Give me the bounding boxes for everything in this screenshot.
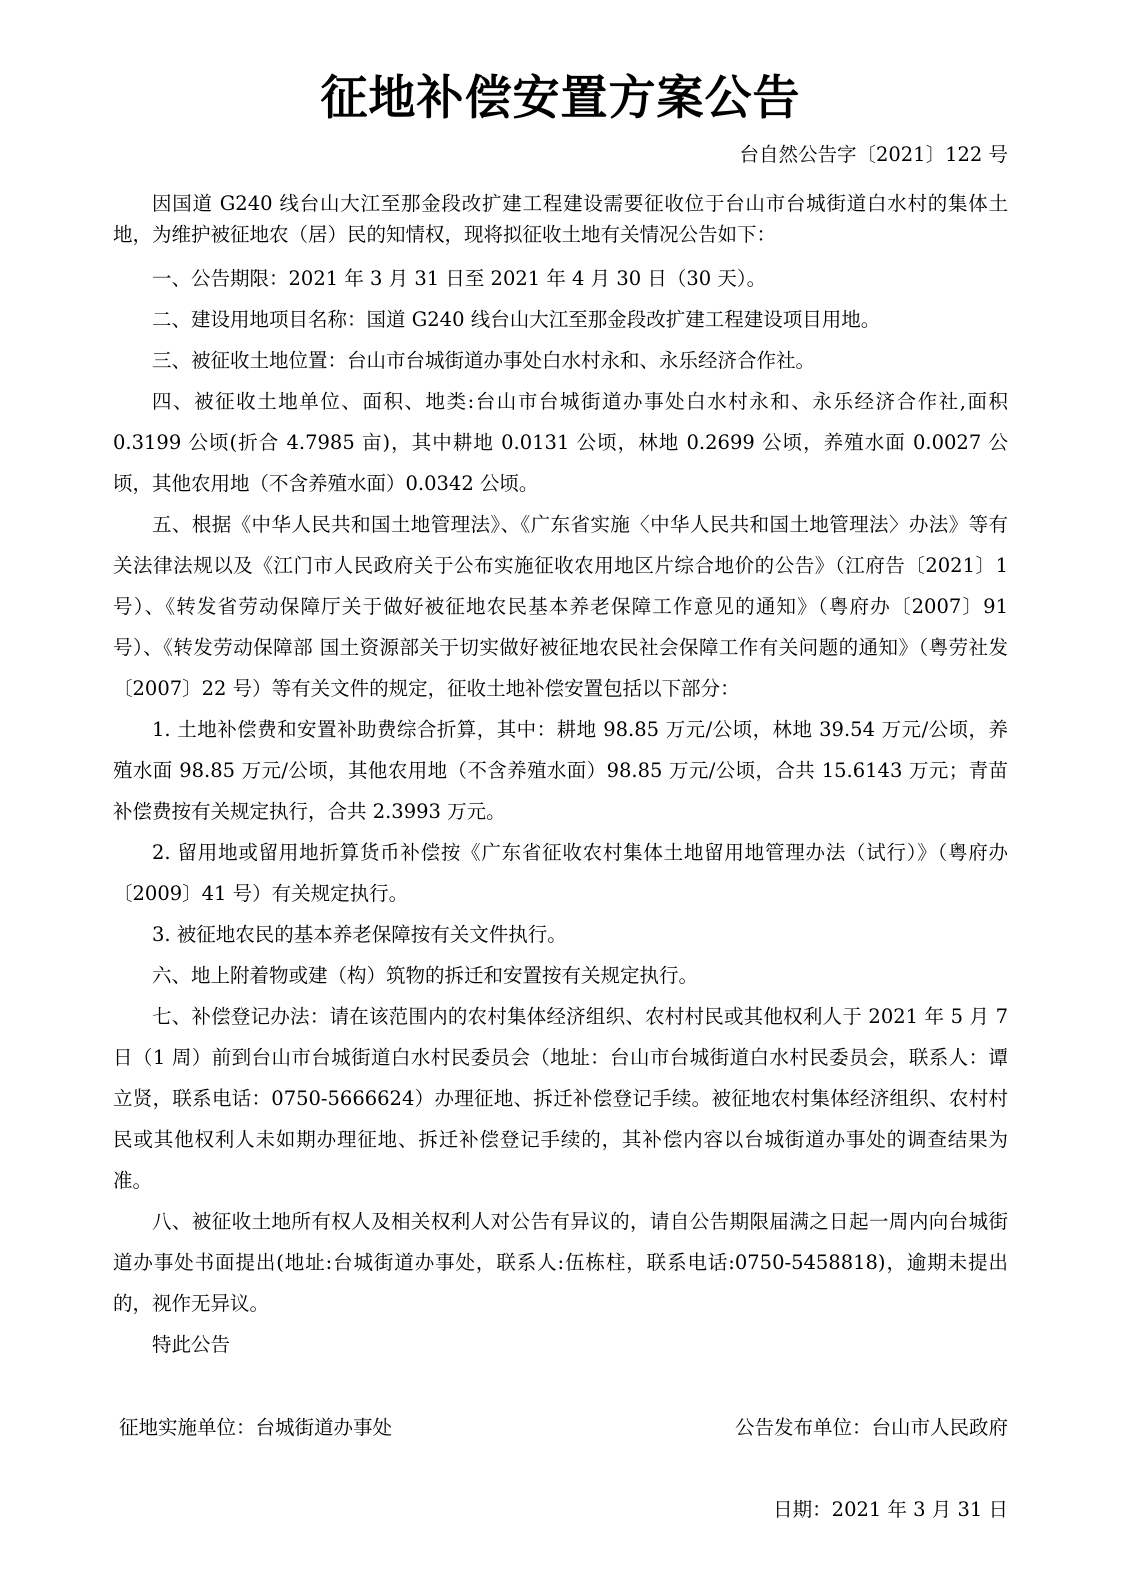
implementing-unit: 征地实施单位：台城街道办事处 xyxy=(113,1407,392,1448)
announcement-date: 日期：2021 年 3 月 31 日 xyxy=(113,1489,1008,1530)
page-title: 征地补偿安置方案公告 xyxy=(113,68,1008,129)
document-number: 台自然公告字〔2021〕122 号 xyxy=(113,141,1008,168)
item-8-objection-procedure: 八、被征收土地所有权人及相关权利人对公告有异议的，请自公告期限届满之日起一周内向… xyxy=(113,1201,1008,1324)
item-5-sub-1-compensation-rates: 1. 土地补偿费和安置补助费综合折算，其中：耕地 98.85 万元/公顷，林地 … xyxy=(113,709,1008,832)
item-3-land-location: 三、被征收土地位置：台山市台城街道办事处白水村永和、永乐经济合作社。 xyxy=(113,340,1008,381)
item-5-sub-2-reserved-land: 2. 留用地或留用地折算货币补偿按《广东省征收农村集体土地留用地管理办法（试行）… xyxy=(113,832,1008,914)
item-2-project-name: 二、建设用地项目名称：国道 G240 线台山大江至那金段改扩建工程建设项目用地。 xyxy=(113,299,1008,340)
item-6-attachments-demolition: 六、地上附着物或建（构）筑物的拆迁和安置按有关规定执行。 xyxy=(113,955,1008,996)
announcement-body: 因国道 G240 线台山大江至那金段改扩建工程建设需要征收位于台山市台城街道白水… xyxy=(113,188,1008,1365)
item-1-notice-period: 一、公告期限：2021 年 3 月 31 日至 2021 年 4 月 30 日（… xyxy=(113,258,1008,299)
item-7-registration-procedure: 七、补偿登记办法：请在该范围内的农村集体经济组织、农村村民或其他权利人于 202… xyxy=(113,996,1008,1201)
closing-statement: 特此公告 xyxy=(113,1324,1008,1365)
announcement-page: 征地补偿安置方案公告 台自然公告字〔2021〕122 号 因国道 G240 线台… xyxy=(0,0,1122,1587)
item-5-sub-3-pension: 3. 被征地农民的基本养老保障按有关文件执行。 xyxy=(113,914,1008,955)
issuing-unit: 公告发布单位：台山市人民政府 xyxy=(735,1407,1008,1448)
signature-row: 征地实施单位：台城街道办事处 公告发布单位：台山市人民政府 xyxy=(113,1407,1008,1448)
intro-paragraph: 因国道 G240 线台山大江至那金段改扩建工程建设需要征收位于台山市台城街道白水… xyxy=(113,188,1008,250)
item-4-land-unit-area-type: 四、被征收土地单位、面积、地类:台山市台城街道办事处白水村永和、永乐经济合作社,… xyxy=(113,381,1008,504)
item-5-legal-basis: 五、根据《中华人民共和国土地管理法》、《广东省实施〈中华人民共和国土地管理法〉办… xyxy=(113,504,1008,709)
